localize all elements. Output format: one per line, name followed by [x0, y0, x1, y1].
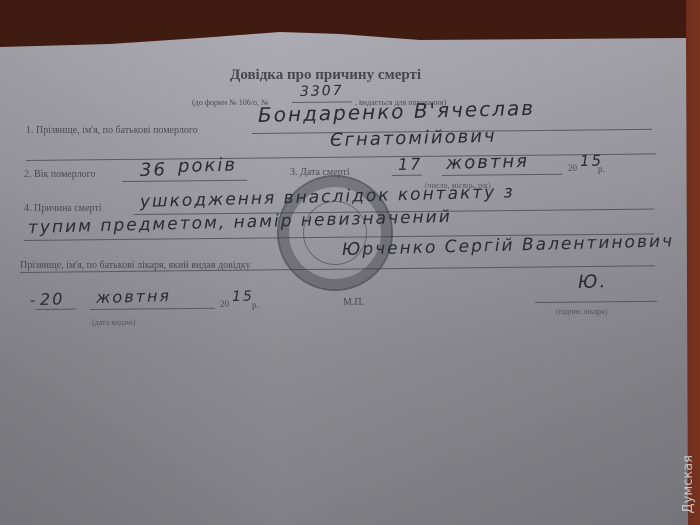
issue-year-prefix: 20 — [220, 299, 229, 309]
cause-of-death-label: 4. Причина смерті — [24, 203, 101, 214]
issue-date-dash: - — [30, 293, 37, 309]
death-day: 17 — [398, 154, 423, 174]
deceased-name-line2: Єгнатомійович — [330, 126, 497, 151]
stamp-inner-ring — [303, 201, 367, 265]
issue-year-unit: р. — [252, 300, 259, 310]
death-month: жовтня — [446, 151, 529, 174]
form-number: 3307 — [300, 83, 344, 100]
stamp-label: М.П. — [343, 297, 364, 308]
issue-day: 20 — [40, 289, 65, 309]
deceased-name-label: 1. Прізвище, ім'я, по батькові померлого — [26, 125, 198, 136]
watermark: Думская — [681, 455, 696, 513]
signature-caption: (підпис лікаря) — [556, 307, 607, 316]
age-number: 36 — [140, 159, 167, 181]
issue-month: жовтня — [96, 286, 172, 307]
age-label: 2. Вік померлого — [24, 169, 95, 180]
death-year-unit: р. — [598, 164, 605, 174]
issue-date-caption: (дата видачі) — [92, 318, 136, 327]
death-year-prefix: 20 — [568, 163, 577, 173]
official-stamp — [277, 175, 393, 291]
issue-year-suffix: 15 — [232, 288, 254, 305]
desk-edge — [686, 0, 700, 525]
doctor-signature: Ю. — [578, 271, 608, 293]
age-unit: років — [178, 154, 237, 177]
document-title: Довідка про причину смерті — [230, 67, 421, 84]
